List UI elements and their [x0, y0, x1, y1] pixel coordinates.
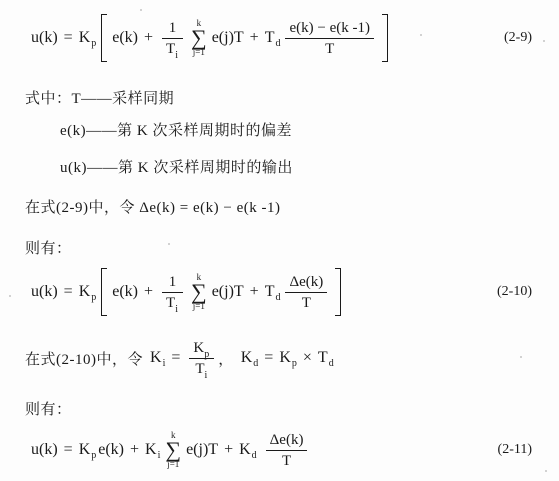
subscript-d: d [253, 358, 259, 369]
fraction-delta-term: Δe(k) T [266, 431, 308, 470]
right-bracket [335, 268, 341, 316]
scan-noise-dot [9, 295, 11, 297]
equation-number: (2-10) [497, 284, 559, 300]
fraction-numerator: 1 [162, 19, 183, 38]
eq-lhs: u(k) [30, 441, 59, 459]
subscript-i: i [158, 450, 162, 461]
subscript-d: d [252, 450, 258, 461]
plus-sign: + [125, 441, 144, 459]
fraction-numerator: 1 [162, 273, 183, 292]
paragraph-text: 在式(2-10)中，令 [25, 348, 143, 369]
equation-number: (2-9) [504, 30, 559, 46]
document-page: u(k) = K p e(k) + 1 Ti k ∑ j=1 e(j)T + T… [0, 0, 559, 481]
sigma-symbol: ∑ [191, 28, 207, 49]
fraction-derivative-term: e(k) − e(k -1) T [285, 19, 374, 58]
sum-lower-limit: j=1 [167, 460, 179, 469]
fraction-numerator: Δe(k) [285, 273, 327, 292]
summation: k ∑ j=1 [191, 19, 207, 58]
paragraph-coefficients: 在式(2-10)中，令 K i = Kp Ti ， K d = K p × T … [25, 334, 559, 382]
fraction-one-over-Ti: 1 Ti [162, 273, 183, 312]
sum-lower-limit: j=1 [193, 48, 205, 57]
coefficient-Ki: K [149, 349, 163, 367]
subscript-p: p [292, 358, 298, 369]
plus-sign: + [139, 29, 158, 47]
scan-noise-dot [520, 356, 522, 358]
plus-sign: + [245, 283, 264, 301]
subscript-d: d [275, 292, 281, 303]
coefficient-Ki: K [144, 441, 158, 459]
then-label: 则有： [25, 398, 72, 419]
equals-sign: = [59, 29, 78, 47]
equation-number: (2-11) [498, 442, 559, 458]
definition-text: e(k)——第 K 次采样周期时的偏差 [60, 119, 292, 140]
right-bracket [382, 14, 388, 62]
paragraph-substitution: 在式(2-9)中，令 Δe(k) = e(k) − e(k -1) [25, 193, 281, 219]
Ti-base: T [166, 295, 175, 311]
summation: k ∑ j=1 [165, 431, 181, 470]
Kp-base: K [193, 340, 204, 356]
sum-lower-limit: j=1 [193, 302, 205, 311]
fraction-numerator: Δe(k) [266, 431, 308, 450]
left-bracket [101, 268, 107, 316]
where-line-text: 式中：T——采样同期 [25, 87, 174, 108]
subscript-p: p [91, 450, 97, 461]
term-e-j-T: e(j)T [211, 283, 245, 301]
term-e-j-T: e(j)T [185, 441, 219, 459]
fraction-denominator: T [285, 292, 327, 312]
subscript-p: p [91, 38, 97, 49]
subscript-i: i [204, 370, 208, 381]
coefficient-Td: T [264, 283, 276, 301]
coefficient-Kp: K [78, 29, 92, 47]
fraction-denominator: Ti [162, 292, 183, 312]
scan-noise-dot [420, 34, 422, 36]
summation: k ∑ j=1 [191, 273, 207, 312]
equals-sign: = [166, 349, 185, 367]
scan-noise-dot [168, 243, 170, 245]
equals-sign: = [59, 441, 78, 459]
coefficient-Td: T [264, 29, 276, 47]
coefficient-Kp: K [78, 283, 92, 301]
subscript-i: i [163, 358, 167, 369]
comma: ， [218, 348, 234, 369]
scan-noise-dot [545, 470, 547, 472]
coefficient-Kd: K [238, 441, 252, 459]
term-e-k: e(k) [111, 283, 139, 301]
term-e-k: e(k) [97, 441, 125, 459]
definition-e-k: e(k)——第 K 次采样周期时的偏差 [60, 117, 292, 141]
scan-noise-dot [543, 40, 545, 42]
left-bracket [101, 14, 107, 62]
fraction-denominator: T [285, 38, 374, 58]
subscript-p: p [91, 292, 97, 303]
plus-sign: + [219, 441, 238, 459]
equation-2-10: u(k) = K p e(k) + 1 Ti k ∑ j=1 e(j)T + T… [30, 264, 559, 320]
fraction-denominator: Ti [189, 358, 214, 378]
subscript-d: d [275, 38, 281, 49]
coefficient-Kp: K [278, 349, 292, 367]
coefficient-Kd: K [240, 349, 254, 367]
fraction-numerator: e(k) − e(k -1) [285, 19, 374, 38]
subscript-i: i [175, 304, 179, 315]
subscript-i: i [175, 50, 179, 61]
then-text-2: 则有： [25, 397, 72, 419]
scan-noise-dot [140, 9, 142, 11]
eq-lhs: u(k) [30, 283, 59, 301]
equals-sign: = [259, 349, 278, 367]
fraction-denominator: Ti [162, 38, 183, 58]
term-e-k: e(k) [111, 29, 139, 47]
equation-2-11: u(k) = K p e(k) + K i k ∑ j=1 e(j)T + K … [30, 424, 559, 476]
fraction-delta-term: Δe(k) T [285, 273, 327, 312]
Ti-base: T [166, 41, 175, 57]
eq-lhs: u(k) [30, 29, 59, 47]
fraction-Kp-over-Ti: Kp Ti [189, 339, 214, 378]
times-sign: × [298, 349, 317, 367]
fraction-denominator: T [266, 450, 308, 470]
equals-sign: = [59, 283, 78, 301]
definition-text: u(k)——第 K 次采样周期时的输出 [60, 156, 293, 177]
where-clause-T: 式中：T——采样同期 [25, 86, 174, 108]
then-label: 则有： [25, 237, 72, 258]
plus-sign: + [139, 283, 158, 301]
term-e-j-T: e(j)T [211, 29, 245, 47]
subscript-d: d [329, 358, 335, 369]
equation-2-9: u(k) = K p e(k) + 1 Ti k ∑ j=1 e(j)T + T… [30, 10, 559, 66]
definition-u-k: u(k)——第 K 次采样周期时的输出 [60, 154, 293, 178]
paragraph-text: 在式(2-9)中，令 Δe(k) = e(k) − e(k -1) [25, 196, 281, 217]
then-text-1: 则有： [25, 236, 72, 258]
coefficient-Kp: K [78, 441, 92, 459]
plus-sign: + [245, 29, 264, 47]
fraction-one-over-Ti: 1 Ti [162, 19, 183, 58]
subscript-p: p [204, 349, 210, 360]
sigma-symbol: ∑ [165, 440, 181, 461]
sigma-symbol: ∑ [191, 282, 207, 303]
coefficient-Td: T [317, 349, 329, 367]
fraction-numerator: Kp [189, 339, 214, 358]
